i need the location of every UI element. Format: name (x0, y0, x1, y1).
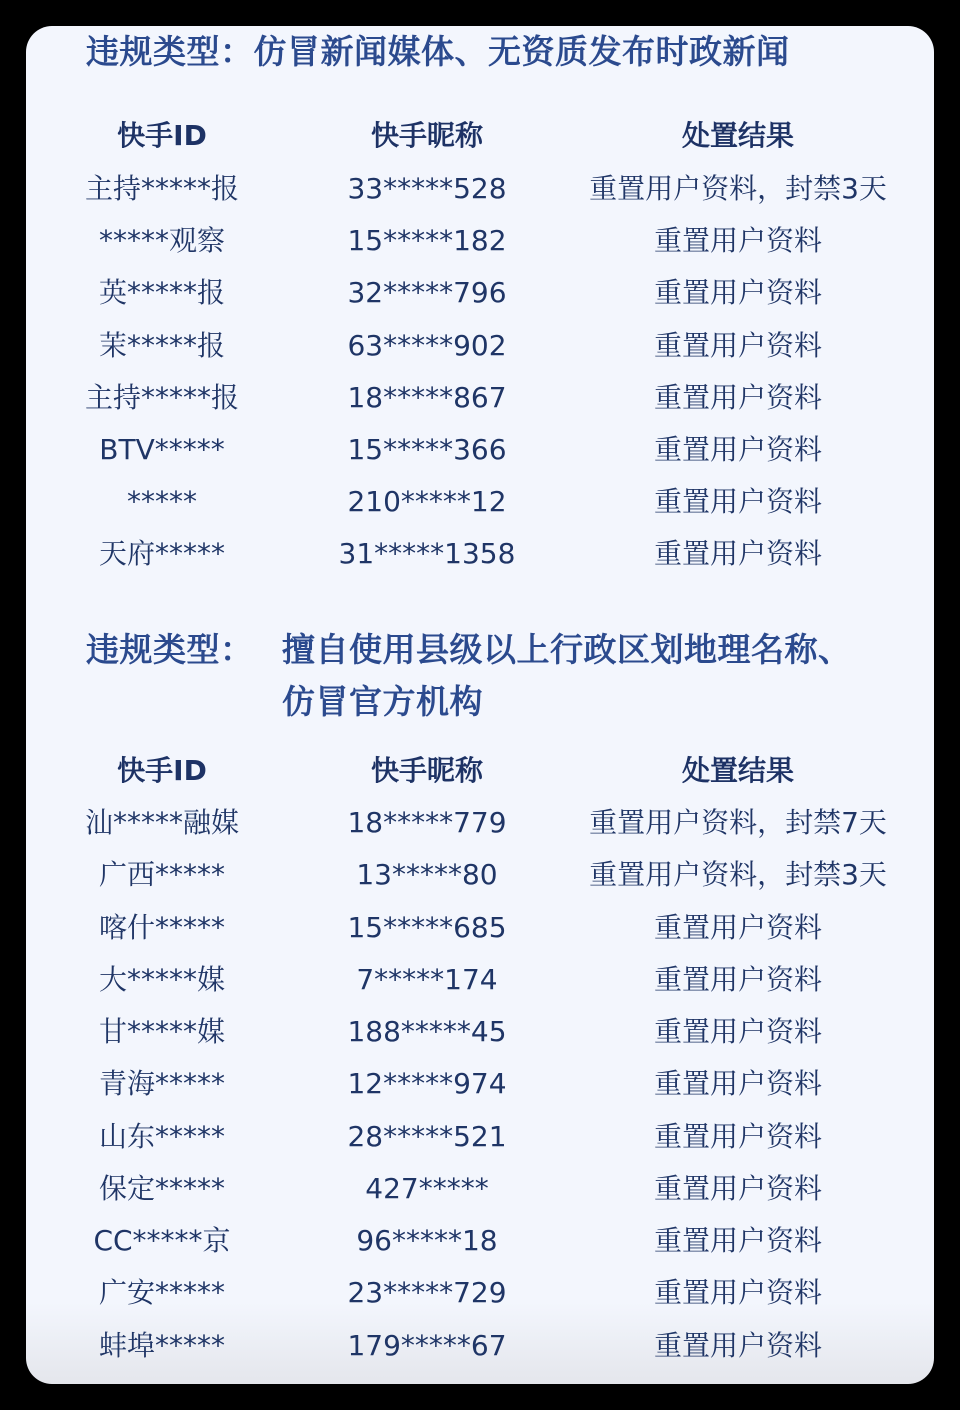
table-row: ***** 210*****12 重置用户资料 (26, 476, 934, 528)
table-row: *****观察 15*****182 重置用户资料 (26, 215, 934, 267)
row-id: *****观察 (62, 215, 262, 267)
row-result: 重置用户资料 (566, 1111, 910, 1163)
row-result: 重置用户资料 (566, 1163, 910, 1215)
row-id: CC*****京 (62, 1215, 262, 1267)
table-row: 大*****媒 7*****174 重置用户资料 (26, 954, 934, 1006)
row-nickname: 188*****45 (322, 1006, 532, 1058)
row-id: 主持*****报 (62, 372, 262, 424)
section-2-title-value-line-2: 仿冒官方机构 (282, 676, 852, 728)
section-1-title-label: 违规类型： (86, 32, 254, 71)
table-row: 汕*****融媒 18*****779 重置用户资料，封禁7天 (26, 797, 934, 849)
table-row: 英*****报 32*****796 重置用户资料 (26, 267, 934, 319)
row-nickname: 18*****867 (322, 372, 532, 424)
row-nickname: 32*****796 (322, 267, 532, 319)
table-row: 主持*****报 33*****528 重置用户资料，封禁3天 (26, 163, 934, 215)
row-nickname: 7*****174 (322, 954, 532, 1006)
column-header-result: 处置结果 (566, 745, 910, 797)
column-header-nickname: 快手昵称 (322, 110, 532, 162)
row-result: 重置用户资料 (566, 954, 910, 1006)
row-nickname: 15*****366 (322, 424, 532, 476)
row-result: 重置用户资料 (566, 215, 910, 267)
table-row: 广安***** 23*****729 重置用户资料 (26, 1267, 934, 1319)
row-id: 天府***** (62, 528, 262, 580)
row-nickname: 31*****1358 (322, 528, 532, 580)
table-row: 广西***** 13*****80 重置用户资料，封禁3天 (26, 849, 934, 901)
row-result: 重置用户资料，封禁7天 (566, 797, 910, 849)
row-result: 重置用户资料 (566, 528, 910, 580)
section-2-title: 违规类型： 擅自使用县级以上行政区划地理名称、 仿冒官方机构 (86, 624, 254, 728)
table-row: BTV***** 15*****366 重置用户资料 (26, 424, 934, 476)
row-result: 重置用户资料，封禁3天 (566, 849, 910, 901)
row-id: 山东***** (62, 1111, 262, 1163)
row-result: 重置用户资料 (566, 1006, 910, 1058)
section-2-title-label: 违规类型： (86, 630, 254, 669)
table-row: 蚌埠***** 179*****67 重置用户资料 (26, 1320, 934, 1372)
column-header-nickname: 快手昵称 (322, 745, 532, 797)
table-row: 主持*****报 18*****867 重置用户资料 (26, 372, 934, 424)
row-id: 蚌埠***** (62, 1320, 262, 1372)
row-result: 重置用户资料 (566, 1058, 910, 1110)
row-result: 重置用户资料 (566, 902, 910, 954)
row-nickname: 210*****12 (322, 476, 532, 528)
row-id: BTV***** (62, 424, 262, 476)
column-header-kuaishou-id: 快手ID (62, 745, 262, 797)
table-row: 天府***** 31*****1358 重置用户资料 (26, 528, 934, 580)
row-nickname: 63*****902 (322, 320, 532, 372)
section-1-table-header: 快手ID 快手昵称 处置结果 (26, 110, 934, 162)
row-id: 广安***** (62, 1267, 262, 1319)
section-2-table-header: 快手ID 快手昵称 处置结果 (26, 745, 934, 797)
row-result: 重置用户资料 (566, 1267, 910, 1319)
row-nickname: 18*****779 (322, 797, 532, 849)
row-id: 主持*****报 (62, 163, 262, 215)
table-row: 保定***** 427***** 重置用户资料 (26, 1163, 934, 1215)
row-id: 喀什***** (62, 902, 262, 954)
table-row: 茉*****报 63*****902 重置用户资料 (26, 320, 934, 372)
row-nickname: 427***** (322, 1163, 532, 1215)
row-id: 英*****报 (62, 267, 262, 319)
row-result: 重置用户资料 (566, 1215, 910, 1267)
row-id: 茉*****报 (62, 320, 262, 372)
section-2-title-value-line-1: 擅自使用县级以上行政区划地理名称、 (282, 624, 852, 676)
row-nickname: 33*****528 (322, 163, 532, 215)
row-result: 重置用户资料 (566, 372, 910, 424)
table-row: 喀什***** 15*****685 重置用户资料 (26, 902, 934, 954)
row-id: 青海***** (62, 1058, 262, 1110)
row-result: 重置用户资料 (566, 320, 910, 372)
row-nickname: 12*****974 (322, 1058, 532, 1110)
row-result: 重置用户资料 (566, 1320, 910, 1372)
row-nickname: 23*****729 (322, 1267, 532, 1319)
row-nickname: 13*****80 (322, 849, 532, 901)
table-row: CC*****京 96*****18 重置用户资料 (26, 1215, 934, 1267)
row-result: 重置用户资料，封禁3天 (566, 163, 910, 215)
row-result: 重置用户资料 (566, 424, 910, 476)
row-id: 大*****媒 (62, 954, 262, 1006)
row-id: 甘*****媒 (62, 1006, 262, 1058)
row-id: 广西***** (62, 849, 262, 901)
row-nickname: 15*****685 (322, 902, 532, 954)
column-header-kuaishou-id: 快手ID (62, 110, 262, 162)
violation-notice-card: 违规类型：仿冒新闻媒体、无资质发布时政新闻 快手ID 快手昵称 处置结果 主持*… (26, 26, 934, 1384)
row-nickname: 28*****521 (322, 1111, 532, 1163)
row-nickname: 96*****18 (322, 1215, 532, 1267)
row-result: 重置用户资料 (566, 267, 910, 319)
table-row: 青海***** 12*****974 重置用户资料 (26, 1058, 934, 1110)
row-id: ***** (62, 476, 262, 528)
section-1-title-value: 仿冒新闻媒体、无资质发布时政新闻 (254, 32, 790, 71)
row-result: 重置用户资料 (566, 476, 910, 528)
row-nickname: 15*****182 (322, 215, 532, 267)
row-id: 汕*****融媒 (62, 797, 262, 849)
row-nickname: 179*****67 (322, 1320, 532, 1372)
column-header-result: 处置结果 (566, 110, 910, 162)
row-id: 保定***** (62, 1163, 262, 1215)
section-1-title: 违规类型：仿冒新闻媒体、无资质发布时政新闻 (86, 26, 790, 78)
table-row: 山东***** 28*****521 重置用户资料 (26, 1111, 934, 1163)
table-row: 甘*****媒 188*****45 重置用户资料 (26, 1006, 934, 1058)
